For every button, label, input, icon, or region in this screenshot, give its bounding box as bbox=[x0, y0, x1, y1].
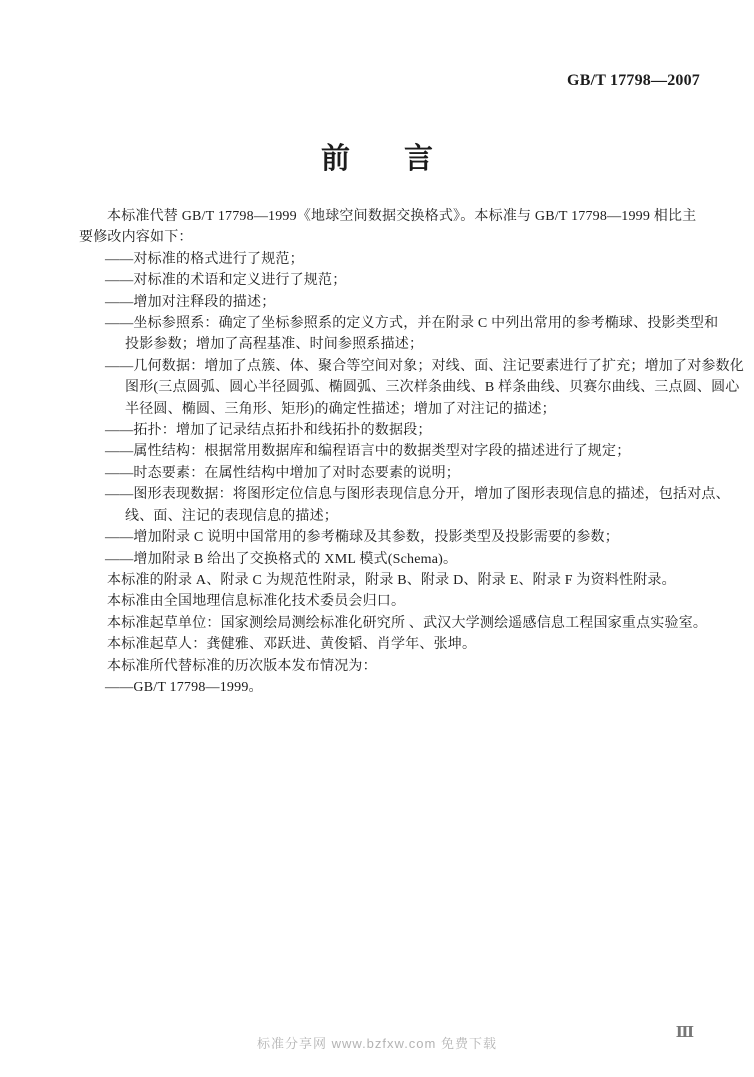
text-line: 本标准代替 GB/T 17798—1999《地球空间数据交换格式》。本标准与 G… bbox=[79, 206, 705, 227]
page-number: Ⅲ bbox=[676, 1023, 694, 1042]
page-title: 前 言 bbox=[0, 136, 754, 177]
text-line: 本标准起草单位：国家测绘局测绘标准化研究所 、武汉大学测绘遥感信息工程国家重点实… bbox=[79, 613, 705, 634]
text-line: ——几何数据：增加了点簇、体、聚合等空间对象；对线、面、注记要素进行了扩充；增加… bbox=[79, 356, 705, 377]
title-char-1: 前 bbox=[321, 136, 350, 177]
text-line: ——对标准的术语和定义进行了规范； bbox=[79, 270, 705, 291]
watermark-text: 标准分享网 www.bzfxw.com 免费下载 bbox=[0, 1033, 754, 1052]
text-line: 图形(三点圆弧、圆心半径圆弧、椭圆弧、三次样条曲线、B 样条曲线、贝赛尔曲线、三… bbox=[79, 377, 705, 398]
text-line: ——GB/T 17798—1999。 bbox=[79, 677, 705, 698]
text-line: 半径圆、椭圆、三角形、矩形)的确定性描述；增加了对注记的描述； bbox=[79, 399, 705, 420]
text-line: 本标准起草人：龚健雅、邓跃进、黄俊韬、肖学年、张坤。 bbox=[79, 634, 705, 655]
text-line: ——属性结构：根据常用数据库和编程语言中的数据类型对字段的描述进行了规定； bbox=[79, 441, 705, 462]
text-line: 本标准由全国地理信息标准化技术委员会归口。 bbox=[79, 591, 705, 612]
text-line: ——图形表现数据：将图形定位信息与图形表现信息分开，增加了图形表现信息的描述，包… bbox=[79, 484, 705, 505]
text-line: 本标准的附录 A、附录 C 为规范性附录，附录 B、附录 D、附录 E、附录 F… bbox=[79, 570, 705, 591]
text-line: ——坐标参照系：确定了坐标参照系的定义方式，并在附录 C 中列出常用的参考椭球、… bbox=[79, 313, 705, 334]
title-char-2: 言 bbox=[404, 136, 433, 177]
text-line: 本标准所代替标准的历次版本发布情况为： bbox=[79, 656, 705, 677]
text-line: ——对标准的格式进行了规范； bbox=[79, 249, 705, 270]
standard-code: GB/T 17798—2007 bbox=[567, 72, 700, 90]
document-page: GB/T 17798—2007 前 言 本标准代替 GB/T 17798—199… bbox=[0, 0, 754, 1077]
text-line: ——增加对注释段的描述； bbox=[79, 292, 705, 313]
foreword-body: 本标准代替 GB/T 17798—1999《地球空间数据交换格式》。本标准与 G… bbox=[79, 206, 705, 698]
text-line: 要修改内容如下： bbox=[79, 227, 705, 248]
text-line: ——增加附录 C 说明中国常用的参考椭球及其参数，投影类型及投影需要的参数； bbox=[79, 527, 705, 548]
text-line: ——拓扑：增加了记录结点拓扑和线拓扑的数据段； bbox=[79, 420, 705, 441]
text-line: ——增加附录 B 给出了交换格式的 XML 模式(Schema)。 bbox=[79, 549, 705, 570]
text-line: ——时态要素：在属性结构中增加了对时态要素的说明； bbox=[79, 463, 705, 484]
text-line: 投影参数；增加了高程基准、时间参照系描述； bbox=[79, 334, 705, 355]
text-line: 线、面、注记的表现信息的描述； bbox=[79, 506, 705, 527]
